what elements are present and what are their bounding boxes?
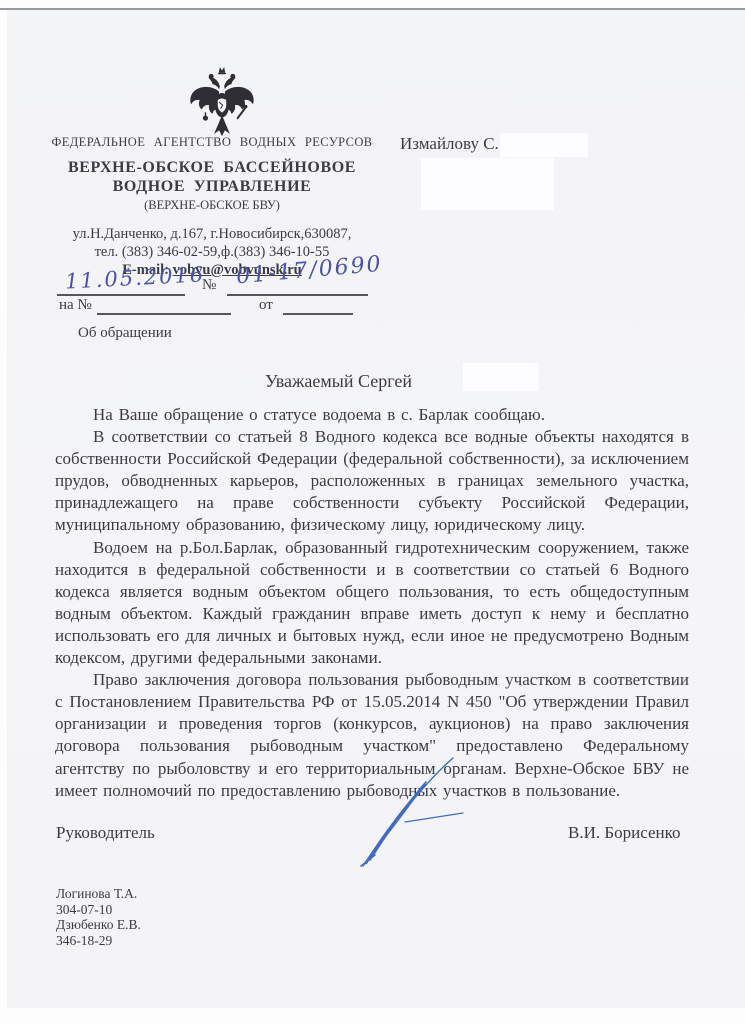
executors-block: Логинова Т.А. 304-07-10 Дзюбенко Е.В. 34… [56,886,141,948]
org-name-line2: ВОДНОЕ УПРАВЛЕНИЕ [51,178,373,197]
agency-name: ФЕДЕРАЛЬНОЕ АГЕНТСТВО ВОДНЫХ РЕСУРСОВ [51,135,373,150]
addressee-redaction-2 [421,158,554,210]
salutation: Уважаемый Сергей [265,371,412,392]
scanner-edge-top [0,8,745,10]
org-name-line1: ВЕРХНЕ-ОБСКОЕ БАССЕЙНОВОЕ [51,159,373,178]
body-paragraph: Водоем на р.Бол.Барлак, образованный гид… [55,537,689,670]
executor-2-name: Дзюбенко Е.В. [56,917,141,933]
addressee-redaction-1 [500,133,588,157]
ref-reply-number-underline [97,313,231,315]
executor-1-phone: 304-07-10 [56,902,141,918]
body-paragraph: В соответствии со статьей 8 Водного коде… [55,426,689,536]
ref-number-underline [227,294,368,296]
ref-reply-number-label: на № [59,297,92,314]
executor-2-phone: 346-18-29 [56,933,141,949]
handwritten-signature [345,756,470,871]
executor-1-name: Логинова Т.А. [56,886,141,902]
ref-reply-date-label: от [259,297,273,314]
salutation-redaction [463,363,539,391]
ref-reply-date-underline [283,313,353,315]
org-address: ул.Н.Данченко, д.167, г.Новосибирск,6300… [51,226,373,244]
body-paragraph: На Ваше обращение о статусе водоема в с.… [55,404,689,426]
ref-date-underline [57,294,185,296]
signer-name: В.И. Борисенко [568,823,681,843]
subject-line: Об обращении [78,325,172,342]
org-short-name: (ВЕРХНЕ-ОБСКОЕ БВУ) [51,198,373,213]
signer-title: Руководитель [56,823,155,843]
addressee-name: Измайлову С. [400,134,499,154]
letter-body: На Ваше обращение о статусе водоема в с.… [55,404,689,802]
ref-number-sign: № [202,277,216,294]
scanned-letter: ФЕДЕРАЛЬНОЕ АГЕНТСТВО ВОДНЫХ РЕСУРСОВ ВЕ… [0,0,745,1024]
